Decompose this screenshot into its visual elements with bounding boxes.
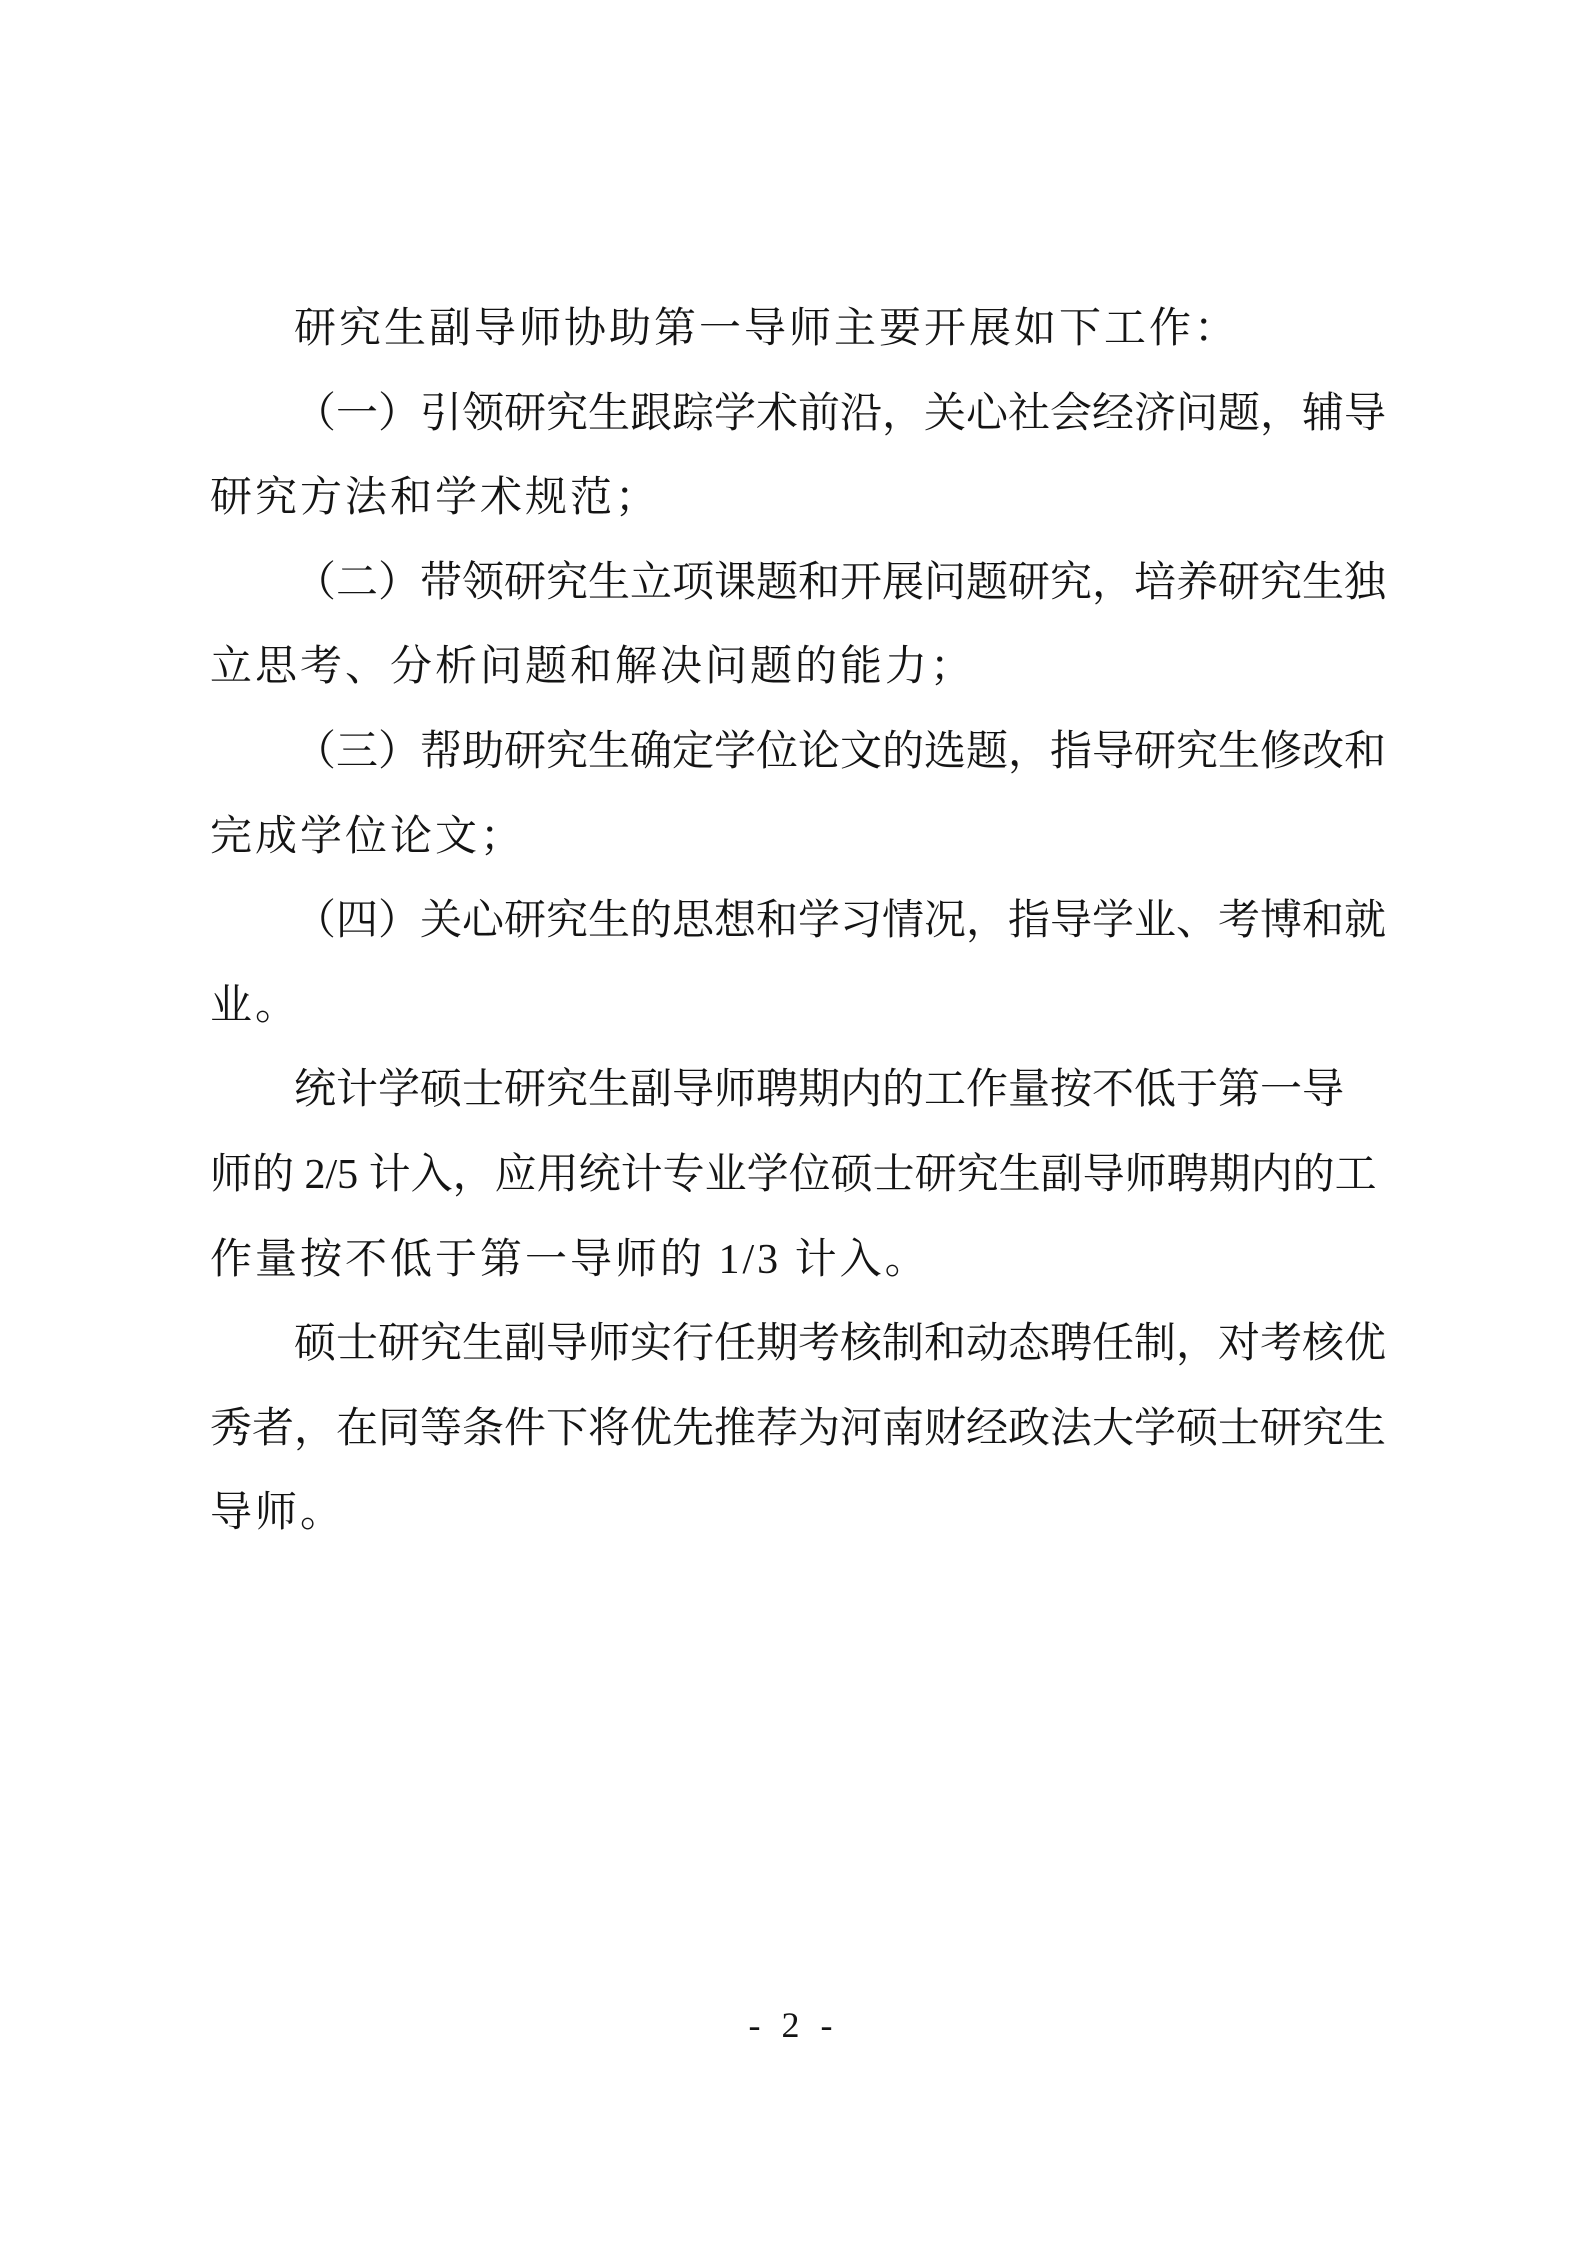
document-page: 研究生副导师协助第一导师主要开展如下工作： （一）引领研究生跟踪学术前沿，关心社… bbox=[0, 0, 1587, 2245]
document-line: 导师。 bbox=[210, 1471, 1390, 1556]
document-line: 完成学位论文； bbox=[210, 795, 1390, 880]
document-line: （二）带领研究生立项课题和开展问题研究，培养研究生独 bbox=[210, 541, 1390, 626]
document-line: 研究方法和学术规范； bbox=[210, 456, 1390, 541]
document-line: 业。 bbox=[210, 964, 1390, 1049]
document-line: 统计学硕士研究生副导师聘期内的工作量按不低于第一导 bbox=[210, 1048, 1390, 1133]
document-line: （四）关心研究生的思想和学习情况，指导学业、考博和就 bbox=[210, 879, 1390, 964]
document-line: 研究生副导师协助第一导师主要开展如下工作： bbox=[210, 287, 1390, 372]
document-line: （一）引领研究生跟踪学术前沿，关心社会经济问题，辅导 bbox=[210, 372, 1390, 457]
document-body: 研究生副导师协助第一导师主要开展如下工作： （一）引领研究生跟踪学术前沿，关心社… bbox=[210, 287, 1390, 1556]
document-line: 师的 2/5 计入，应用统计专业学位硕士研究生副导师聘期内的工 bbox=[210, 1133, 1390, 1218]
page-number: - 2 - bbox=[0, 2004, 1587, 2046]
document-line: （三）帮助研究生确定学位论文的选题，指导研究生修改和 bbox=[210, 710, 1390, 795]
document-line: 作量按不低于第一导师的 1/3 计入。 bbox=[210, 1218, 1390, 1303]
document-line: 秀者，在同等条件下将优先推荐为河南财经政法大学硕士研究生 bbox=[210, 1387, 1390, 1472]
document-line: 立思考、分析问题和解决问题的能力； bbox=[210, 625, 1390, 710]
document-line: 硕士研究生副导师实行任期考核制和动态聘任制，对考核优 bbox=[210, 1302, 1390, 1387]
